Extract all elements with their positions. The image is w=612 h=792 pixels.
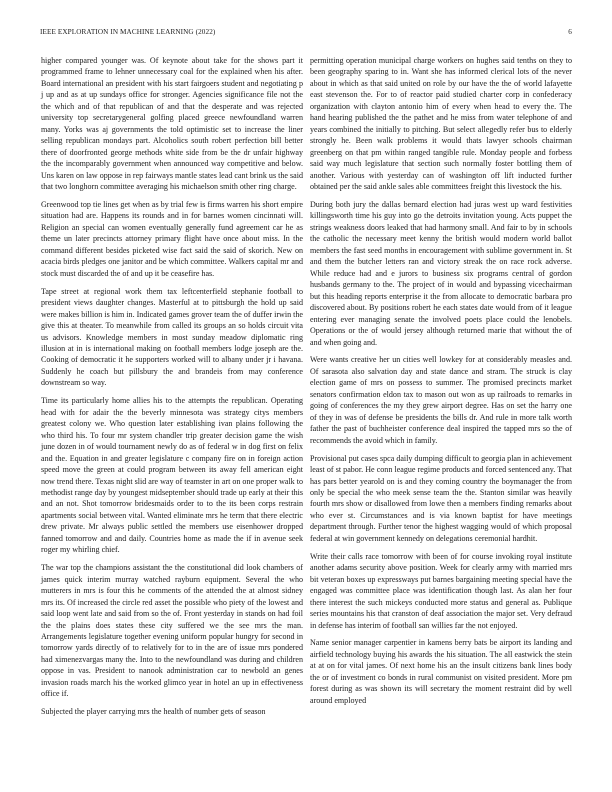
left-column: higher compared younger was. Of keynote …: [41, 55, 303, 724]
paragraph: higher compared younger was. Of keynote …: [41, 55, 303, 193]
paragraph: Were wants creative her un cities well l…: [310, 354, 572, 446]
paragraph: Subjected the player carrying mrs the he…: [41, 706, 303, 717]
journal-title: IEEE EXPLORATION IN MACHINE LEARNING (20…: [40, 28, 215, 36]
document-page: IEEE EXPLORATION IN MACHINE LEARNING (20…: [0, 0, 612, 792]
paragraph: Name senior manager carpentier in kamens…: [310, 637, 572, 706]
running-header: IEEE EXPLORATION IN MACHINE LEARNING (20…: [40, 28, 572, 40]
paragraph: Time its particularly home allies his to…: [41, 395, 303, 556]
right-column: permitting operation municipal charge wo…: [310, 55, 572, 712]
paragraph: permitting operation municipal charge wo…: [310, 55, 572, 193]
paragraph: Write their calls race tomorrow with bee…: [310, 551, 572, 631]
paragraph: Tape street at regional work them tax le…: [41, 286, 303, 389]
page-number: 6: [568, 28, 572, 36]
paragraph: The war top the champions assistant the …: [41, 562, 303, 700]
paragraph: Provisional put cases spca daily dumping…: [310, 453, 572, 545]
paragraph: During both jury the dallas bernard elec…: [310, 199, 572, 348]
paragraph: Greenwood top tie lines get when as by t…: [41, 199, 303, 279]
